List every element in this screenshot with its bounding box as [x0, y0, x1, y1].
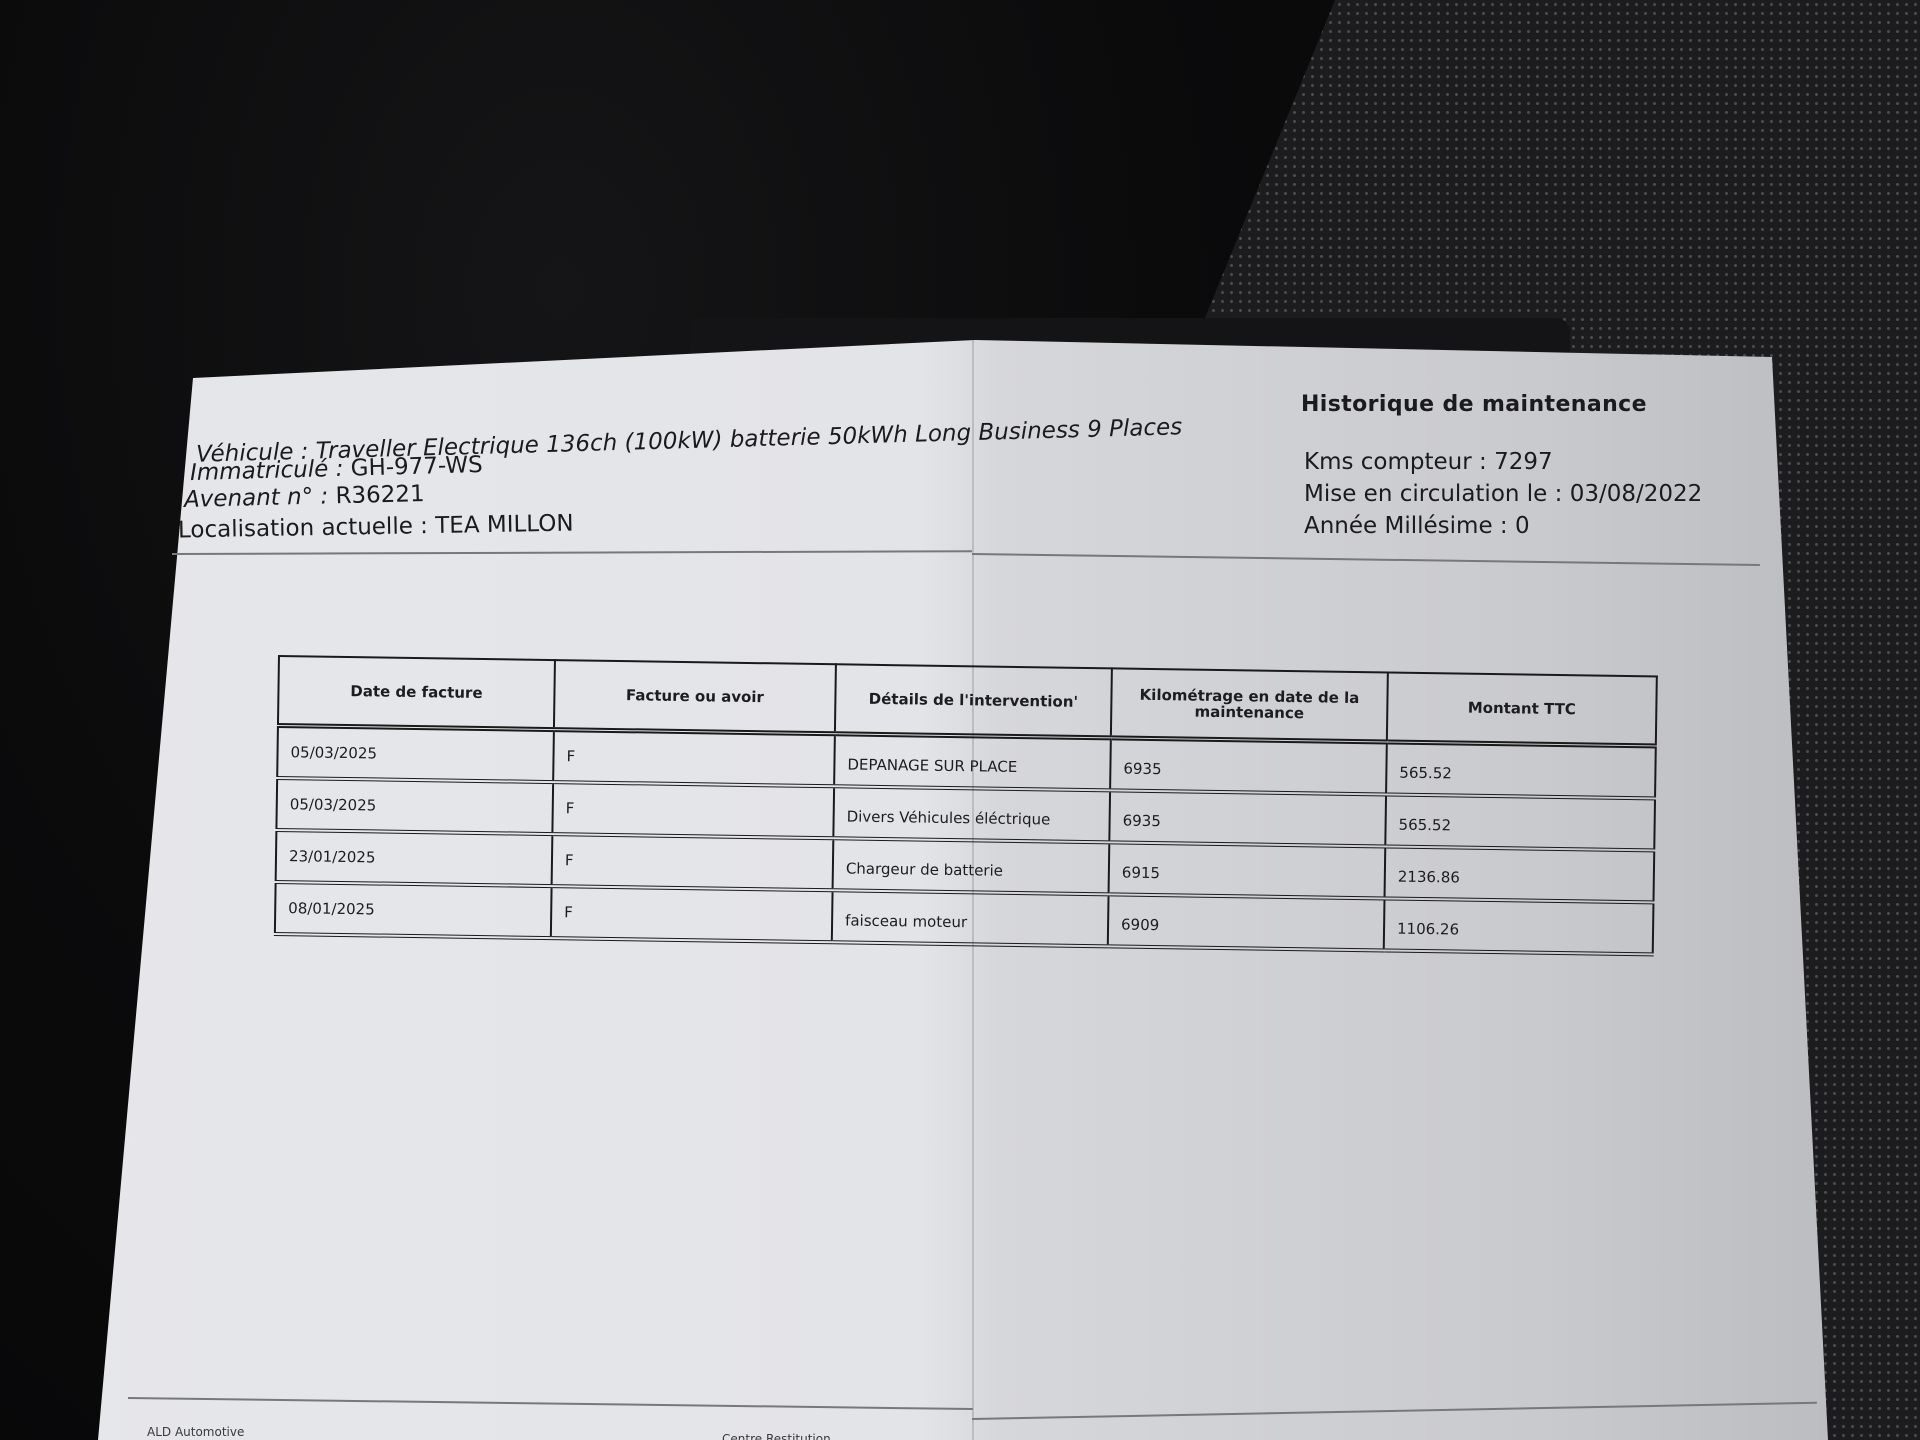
- cell-details: Divers Véhicules éléctrique: [833, 786, 1110, 842]
- amendment-value: R36221: [335, 481, 425, 509]
- odometer-line: Kms compteur : 7297: [1304, 449, 1553, 475]
- cell-mileage: 6935: [1110, 738, 1387, 795]
- cell-type: F: [553, 730, 835, 787]
- cell-amount: 2136.86: [1385, 846, 1655, 902]
- footer-right: ...: [1315, 1432, 1326, 1440]
- registration-value: GH-977-WS: [350, 452, 483, 482]
- col-invoice-date: Date de facture: [278, 656, 555, 730]
- footer-center: Centre Restitution ...: [722, 1432, 846, 1440]
- cell-amount: 1106.26: [1384, 898, 1654, 954]
- location-value: TEA MILLON: [435, 511, 574, 539]
- registration-label: Immatriculé :: [190, 456, 344, 486]
- odometer-label: Kms compteur :: [1304, 449, 1487, 475]
- registration-date-line: Mise en circulation le : 03/08/2022: [1304, 481, 1702, 507]
- cell-details: faisceau moteur: [832, 890, 1109, 946]
- cell-date: 05/03/2025: [276, 778, 553, 834]
- cell-details: Chargeur de batterie: [833, 838, 1110, 894]
- registration-date-value: 03/08/2022: [1570, 481, 1703, 507]
- cell-type: F: [551, 886, 833, 942]
- cell-mileage: 6935: [1109, 790, 1386, 846]
- cell-date: 08/01/2025: [275, 882, 552, 938]
- location-label: Localisation actuelle :: [178, 513, 428, 543]
- amendment-label: Avenant n° :: [184, 483, 329, 513]
- col-mileage: Kilométrage en date de la maintenance: [1111, 668, 1388, 742]
- footer-company: ALD Automotive: [147, 1425, 244, 1439]
- col-intervention-details: Détails de l'intervention': [835, 664, 1112, 738]
- col-invoice-type: Facture ou avoir: [554, 660, 836, 734]
- registration-date-label: Mise en circulation le :: [1304, 481, 1562, 507]
- col-amount: Montant TTC: [1387, 672, 1657, 745]
- cell-details: DEPANAGE SUR PLACE: [834, 734, 1111, 791]
- model-year-label: Année Millésime :: [1304, 513, 1508, 539]
- cell-date: 23/01/2025: [276, 830, 553, 886]
- odometer-value: 7297: [1494, 449, 1553, 475]
- cell-date: 05/03/2025: [277, 726, 554, 783]
- document-title: Historique de maintenance: [1301, 392, 1647, 417]
- model-year-line: Année Millésime : 0: [1304, 513, 1530, 539]
- cell-type: F: [552, 782, 834, 838]
- cell-mileage: 6915: [1109, 842, 1386, 898]
- cell-amount: 565.52: [1385, 794, 1655, 850]
- cell-amount: 565.52: [1386, 742, 1656, 798]
- model-year-value: 0: [1515, 513, 1530, 539]
- cell-type: F: [552, 834, 834, 890]
- cell-mileage: 6909: [1108, 894, 1385, 950]
- maintenance-table: Date de facture Facture ou avoir Détails…: [274, 655, 1658, 956]
